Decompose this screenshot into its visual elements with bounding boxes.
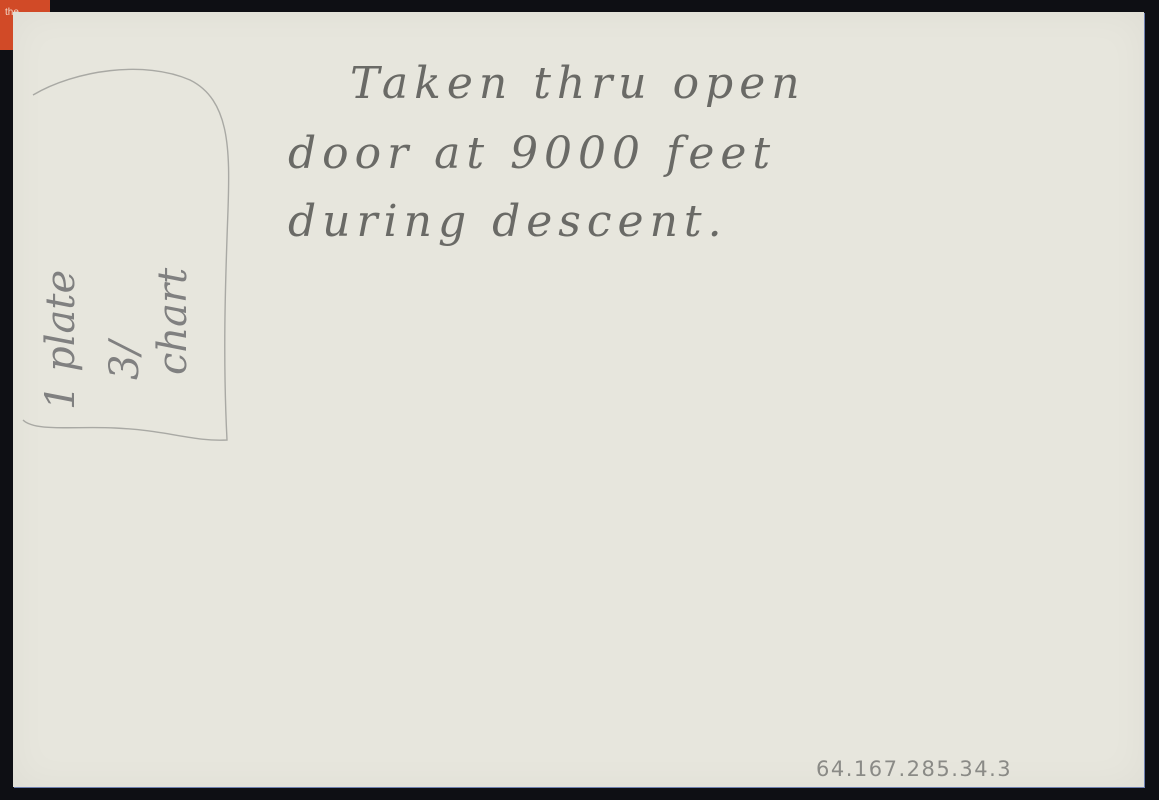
handwritten-note-line-1: Taken thru open (350, 58, 806, 109)
margin-note-line-1: 1 plate (38, 270, 84, 410)
margin-note-line-2: 3/ (102, 341, 148, 380)
margin-note-line-3: chart (150, 268, 196, 375)
accession-number: 64.167.285.34.3 (816, 757, 1012, 781)
handwritten-note-line-2: door at 9000 feet (288, 128, 776, 179)
handwritten-note-line-3: during descent. (288, 196, 728, 247)
